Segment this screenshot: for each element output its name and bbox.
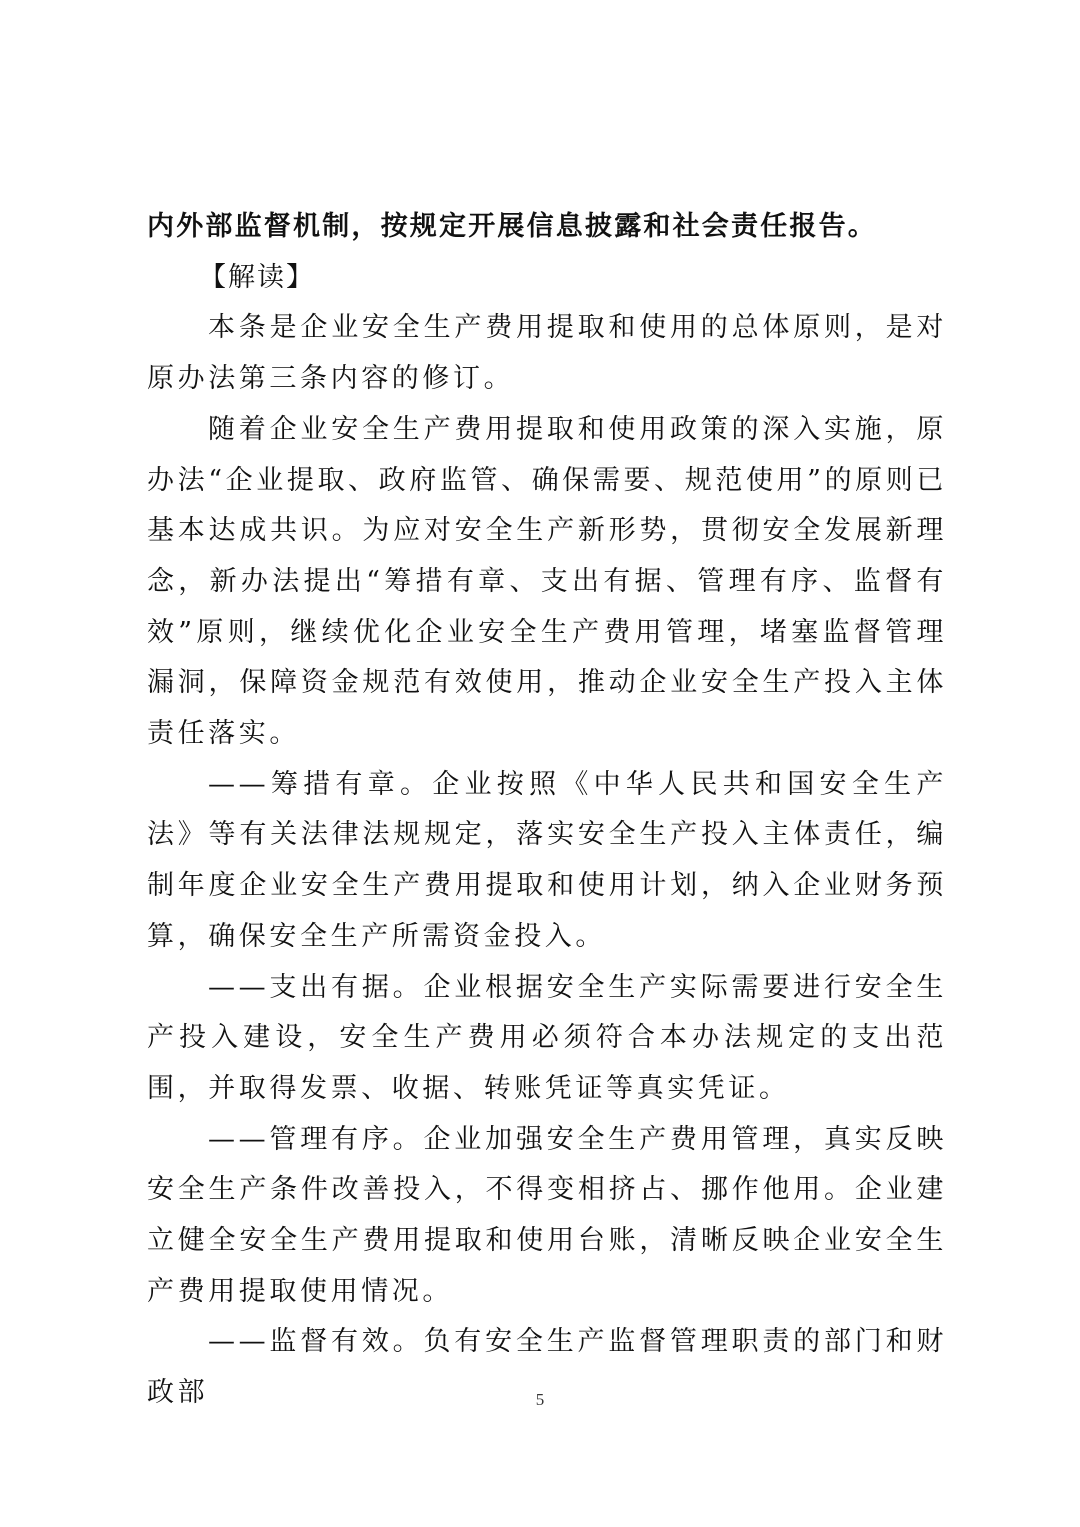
continuation-line: 内外部监督机制，按规定开展信息披露和社会责任报告。 — [147, 202, 947, 253]
page-number: 5 — [0, 1390, 1080, 1410]
paragraph-background: 随着企业安全生产费用提取和使用政策的深入实施，原办法“企业提取、政府监管、确保需… — [147, 405, 947, 760]
paragraph-management: ——管理有序。企业加强安全生产费用管理，真实反映安全生产条件改善投入，不得变相挤… — [147, 1115, 947, 1318]
document-page: 内外部监督机制，按规定开展信息披露和社会责任报告。 【解读】 本条是企业安全生产… — [147, 202, 947, 1419]
paragraph-funding: ——筹措有章。企业按照《中华人民共和国安全生产法》等有关法律法规规定，落实安全生… — [147, 760, 947, 963]
paragraph-overview: 本条是企业安全生产费用提取和使用的总体原则，是对原办法第三条内容的修订。 — [147, 303, 947, 404]
section-heading: 【解读】 — [147, 253, 947, 304]
paragraph-expenditure: ——支出有据。企业根据安全生产实际需要进行安全生产投入建设，安全生产费用必须符合… — [147, 963, 947, 1115]
